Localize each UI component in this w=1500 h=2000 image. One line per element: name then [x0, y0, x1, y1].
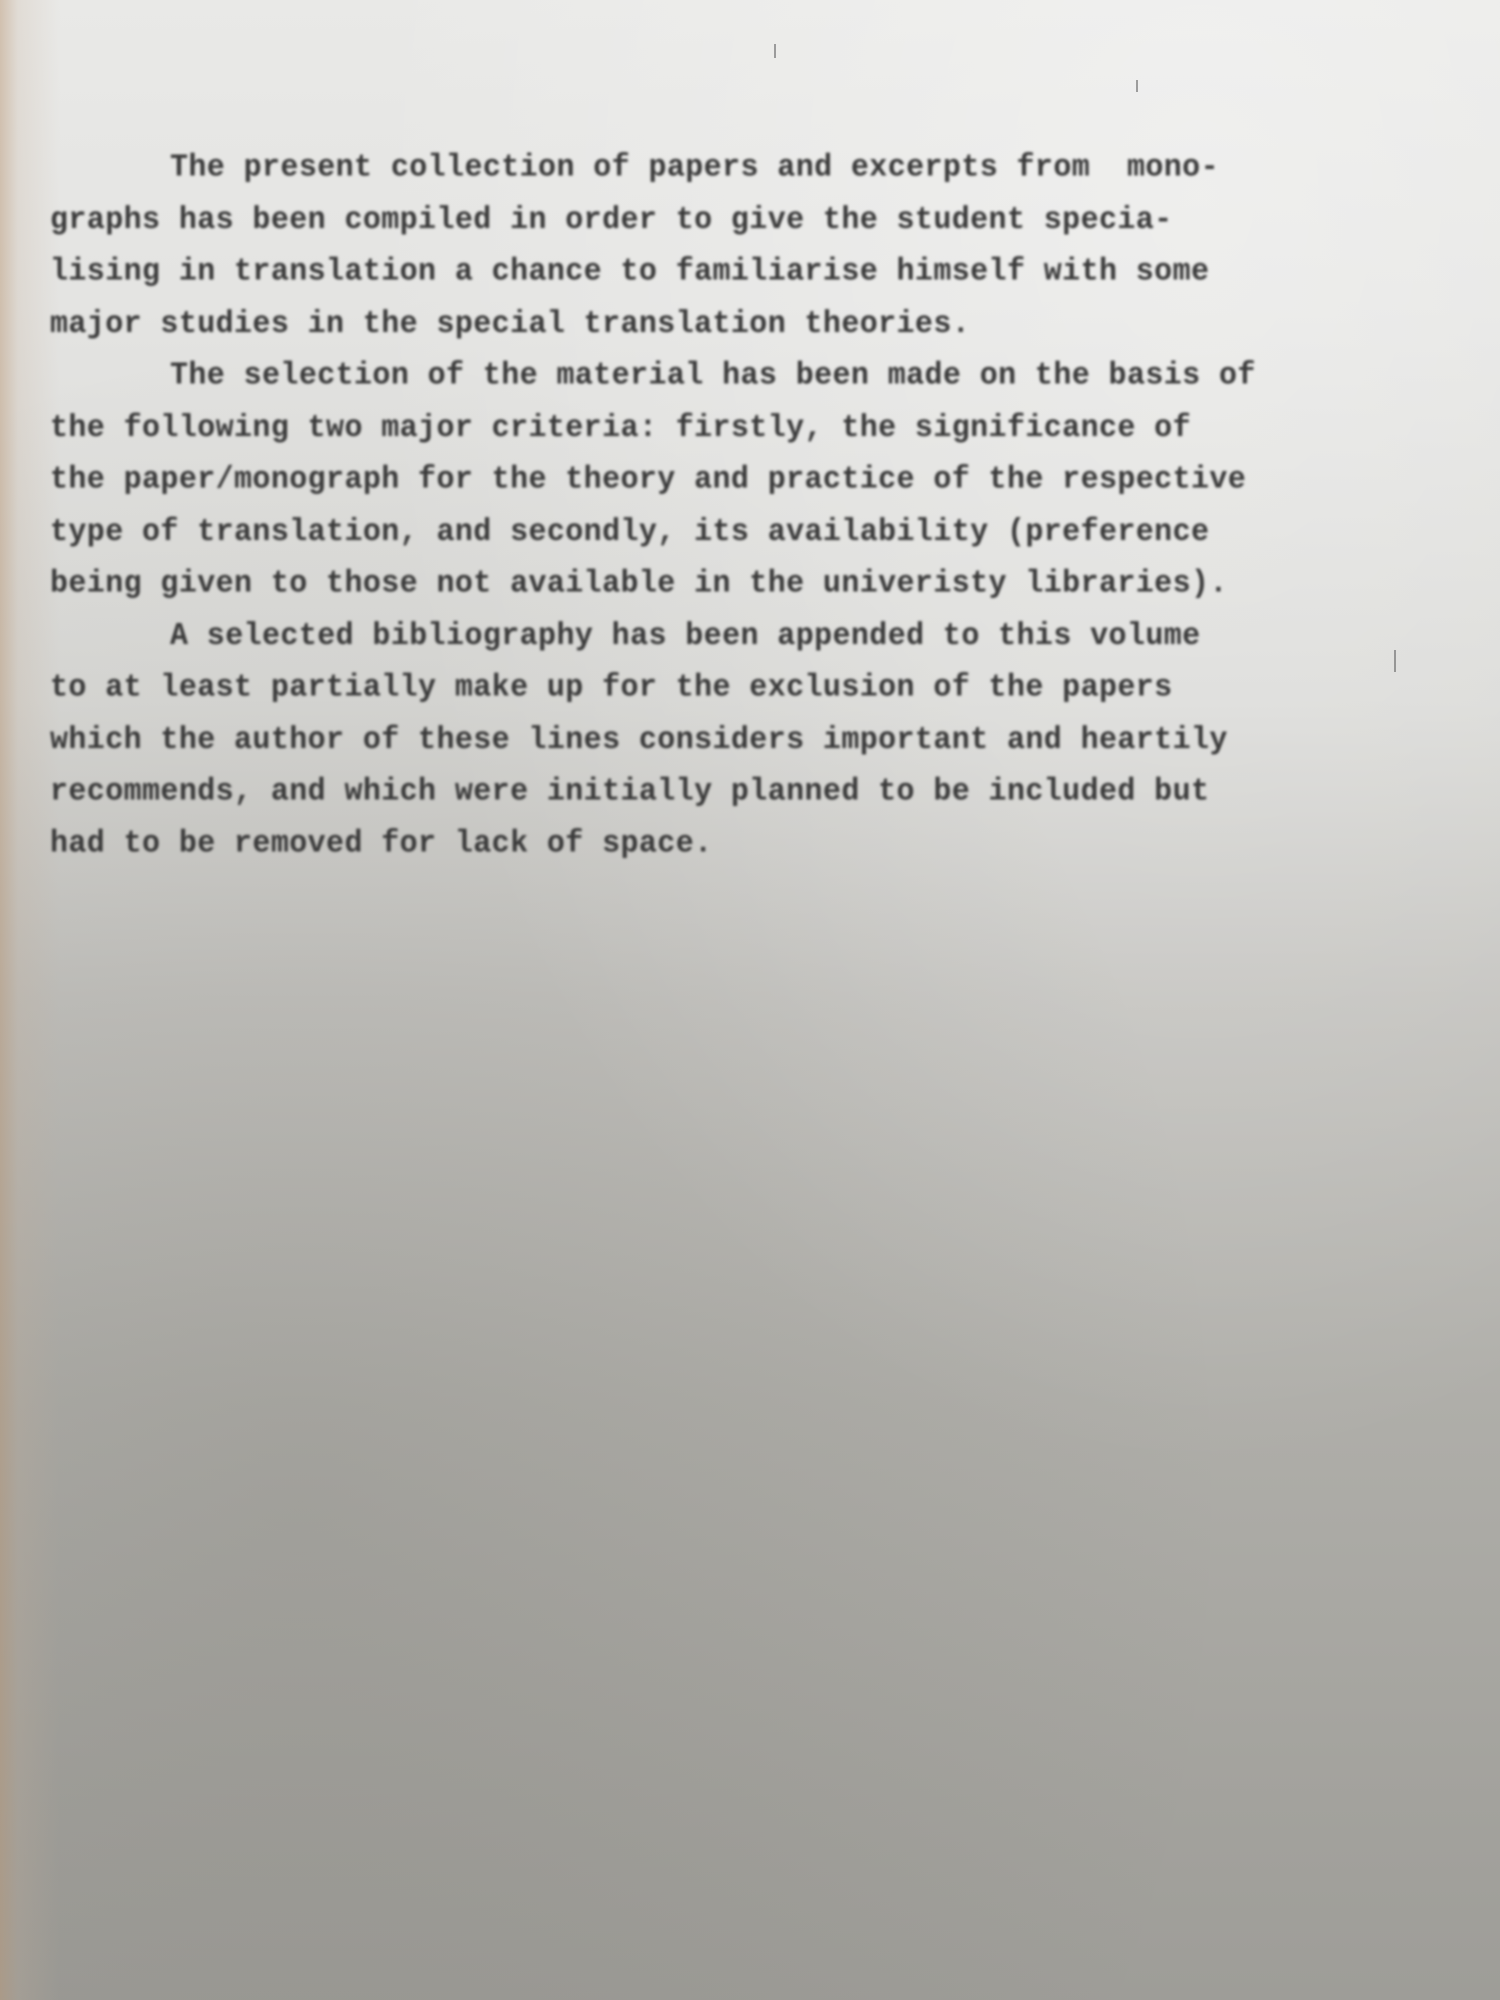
paragraph-2: The selection of the material has been m… — [50, 351, 1350, 611]
text-line: The selection of the material has been m… — [50, 351, 1350, 403]
text-line: recommends, and which were initially pla… — [50, 767, 1350, 819]
text-line: major studies in the special translation… — [50, 299, 1350, 351]
paragraph-3: A selected bibliography has been appende… — [50, 611, 1350, 871]
text-line: to at least partially make up for the ex… — [50, 663, 1350, 715]
text-line: The present collection of papers and exc… — [50, 143, 1350, 195]
paper-mark — [774, 44, 776, 58]
text-line: the following two major criteria: firstl… — [50, 403, 1350, 455]
text-line: had to be removed for lack of space. — [50, 819, 1350, 871]
text-line: lising in translation a chance to famili… — [50, 247, 1350, 299]
text-line: being given to those not available in th… — [50, 559, 1350, 611]
paper-mark — [1394, 650, 1396, 672]
text-line: the paper/monograph for the theory and p… — [50, 455, 1350, 507]
paper-mark — [1136, 80, 1138, 92]
typewritten-page: The present collection of papers and exc… — [50, 143, 1350, 871]
text-line: type of translation, and secondly, its a… — [50, 507, 1350, 559]
text-line: graphs has been compiled in order to giv… — [50, 195, 1350, 247]
paragraph-1: The present collection of papers and exc… — [50, 143, 1350, 351]
text-line: which the author of these lines consider… — [50, 715, 1350, 767]
text-line: A selected bibliography has been appende… — [50, 611, 1350, 663]
